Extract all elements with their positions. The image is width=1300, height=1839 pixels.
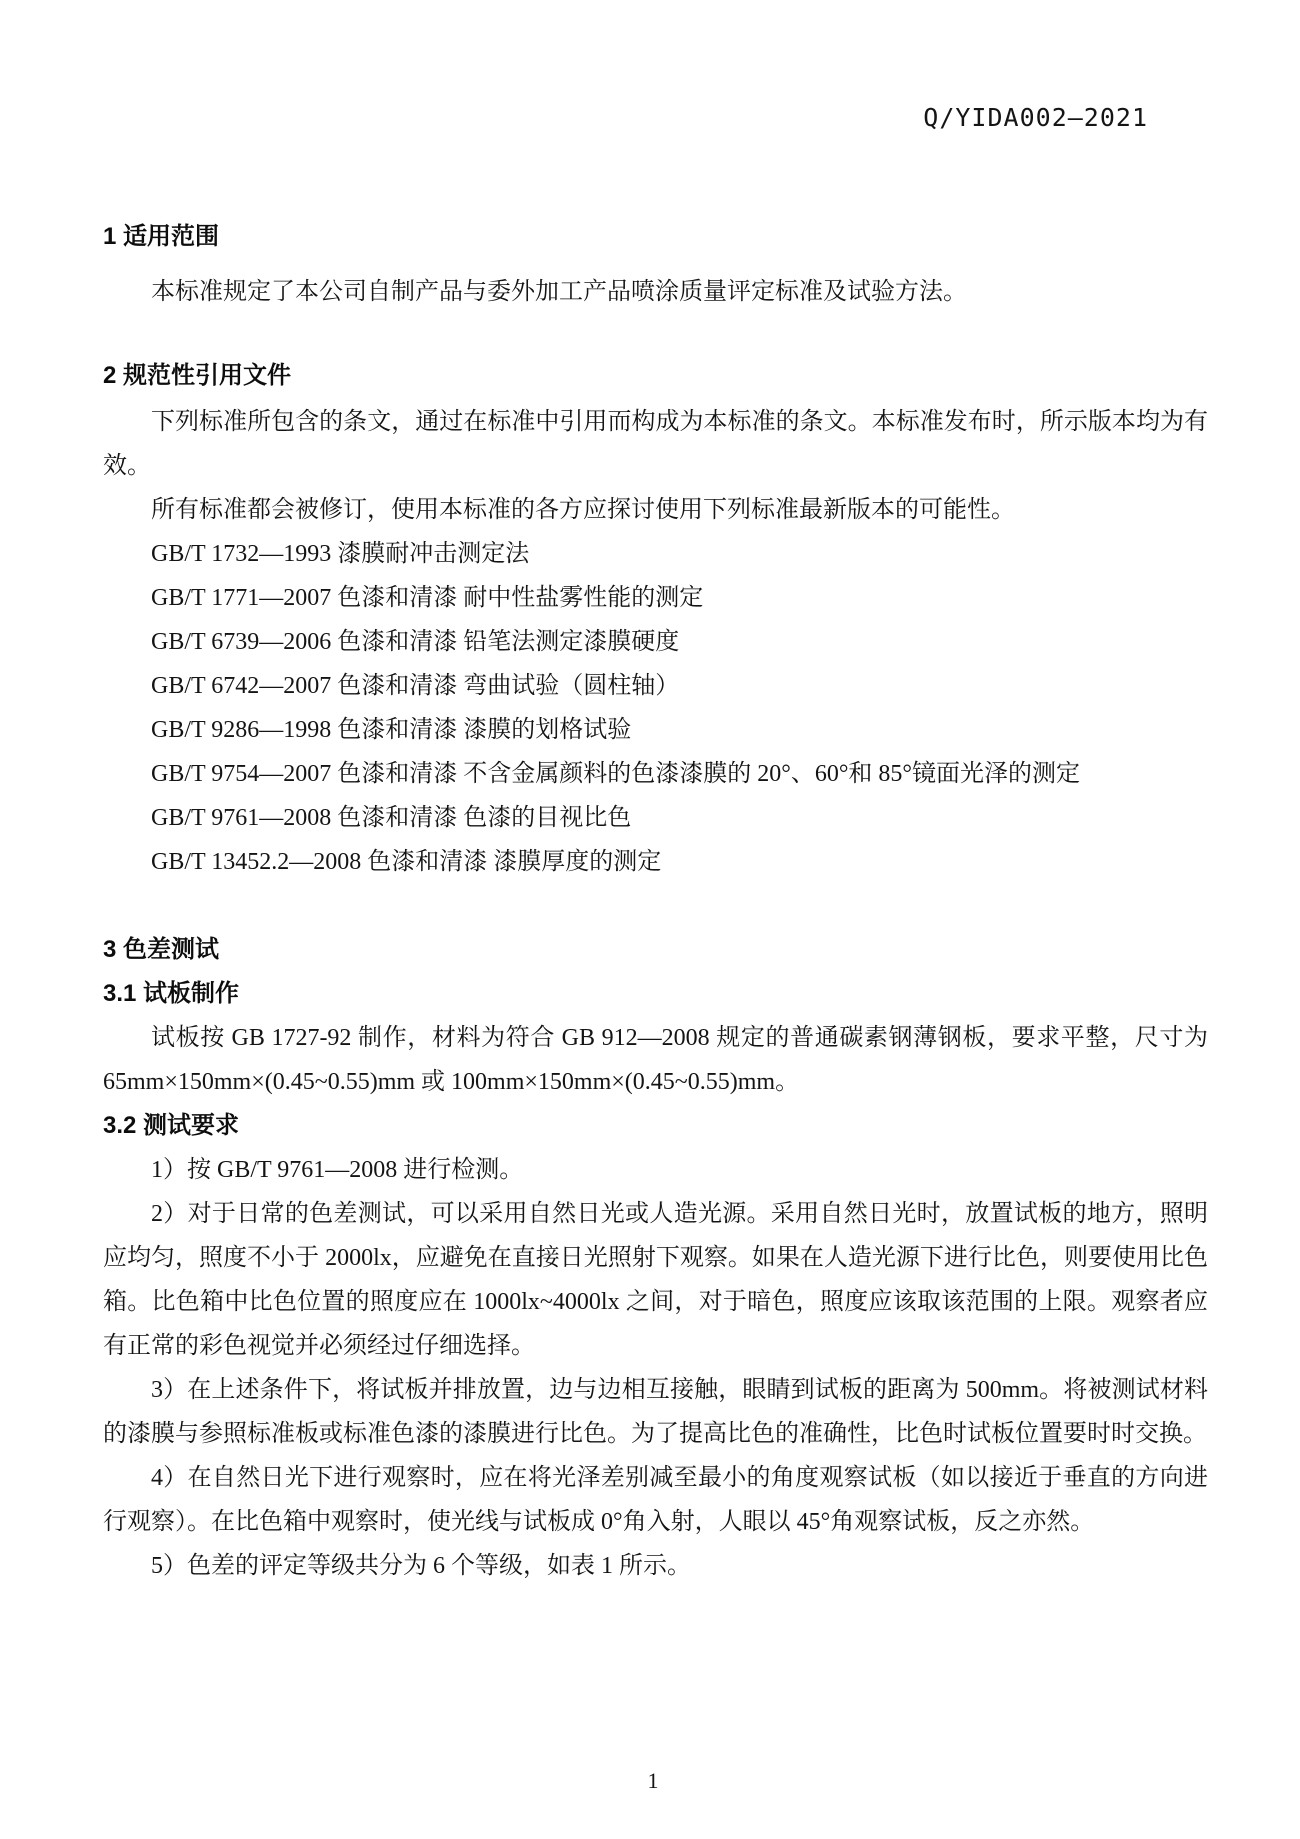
reference-item: GB/T 6742—2007 色漆和清漆 弯曲试验（圆柱轴） — [103, 664, 1208, 708]
section-3-1-paragraph: 试板按 GB 1727-92 制作，材料为符合 GB 912—2008 规定的普… — [103, 1016, 1208, 1104]
section-3-heading: 3 色差测试 — [103, 928, 1208, 972]
section-1-paragraph: 本标准规定了本公司自制产品与委外加工产品喷涂质量评定标准及试验方法。 — [103, 270, 1208, 314]
page-number: 1 — [103, 1768, 1203, 1794]
reference-item: GB/T 1771—2007 色漆和清漆 耐中性盐雾性能的测定 — [103, 576, 1208, 620]
reference-item: GB/T 9286—1998 色漆和清漆 漆膜的划格试验 — [103, 708, 1208, 752]
section-2-heading: 2 规范性引用文件 — [103, 354, 1208, 398]
section-3-2-heading: 3.2 测试要求 — [103, 1104, 1208, 1148]
reference-item: GB/T 6739—2006 色漆和清漆 铅笔法测定漆膜硬度 — [103, 620, 1208, 664]
reference-item: GB/T 9761—2008 色漆和清漆 色漆的目视比色 — [103, 796, 1208, 840]
section-3-2-item-1: 1）按 GB/T 9761—2008 进行检测。 — [103, 1148, 1208, 1192]
reference-item: GB/T 1732—1993 漆膜耐冲击测定法 — [103, 532, 1208, 576]
section-3-1-heading: 3.1 试板制作 — [103, 972, 1208, 1016]
section-3-2-item-4: 4）在自然日光下进行观察时，应在将光泽差别减至最小的角度观察试板（如以接近于垂直… — [103, 1456, 1208, 1544]
document-code: Q/YIDA002—2021 — [103, 103, 1208, 133]
section-3-2-item-5: 5）色差的评定等级共分为 6 个等级，如表 1 所示。 — [103, 1544, 1208, 1588]
section-1-heading: 1 适用范围 — [103, 215, 1208, 259]
section-2-paragraph-1: 下列标准所包含的条文，通过在标准中引用而构成为本标准的条文。本标准发布时，所示版… — [103, 400, 1208, 488]
section-3-2-item-2: 2）对于日常的色差测试，可以采用自然日光或人造光源。采用自然日光时，放置试板的地… — [103, 1192, 1208, 1368]
section-2-paragraph-2: 所有标准都会被修订，使用本标准的各方应探讨使用下列标准最新版本的可能性。 — [103, 488, 1208, 532]
reference-item: GB/T 9754—2007 色漆和清漆 不含金属颜料的色漆漆膜的 20°、60… — [103, 752, 1208, 796]
document-page: Q/YIDA002—2021 1 适用范围 本标准规定了本公司自制产品与委外加工… — [0, 0, 1300, 1839]
reference-item: GB/T 13452.2—2008 色漆和清漆 漆膜厚度的测定 — [103, 840, 1208, 884]
section-3-2-item-3: 3）在上述条件下，将试板并排放置，边与边相互接触，眼睛到试板的距离为 500mm… — [103, 1368, 1208, 1456]
